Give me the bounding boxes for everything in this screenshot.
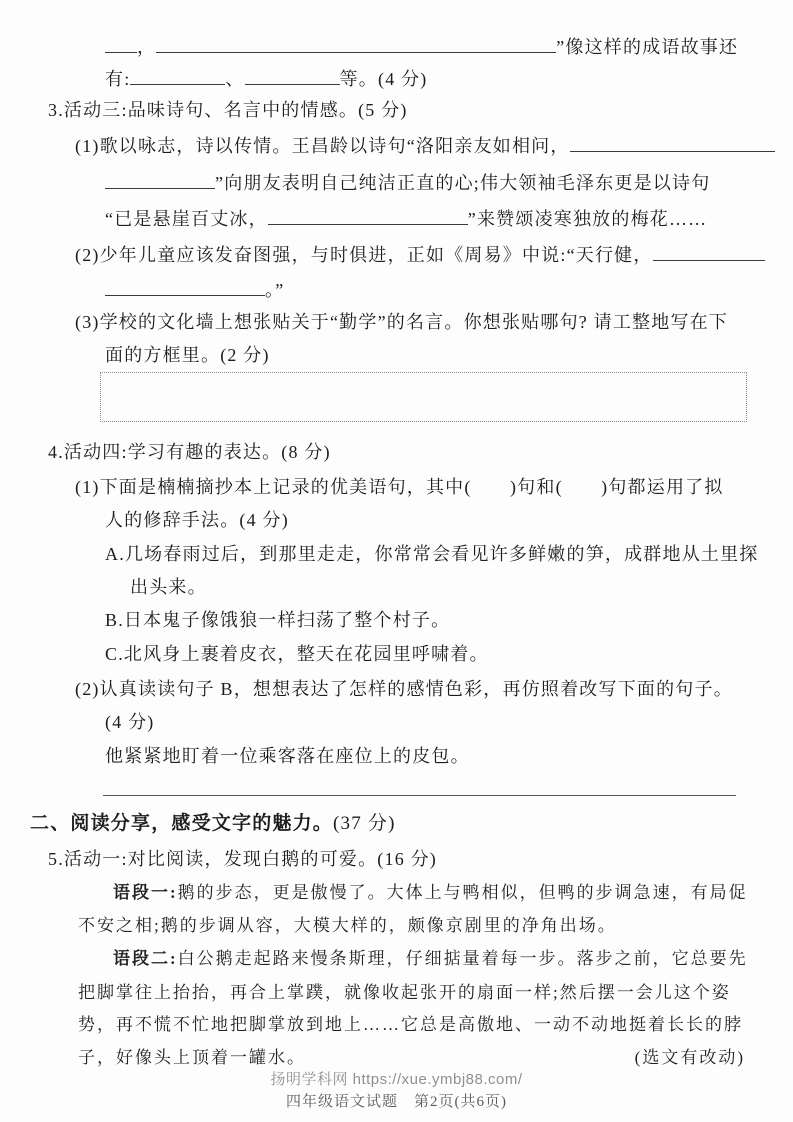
exam-line: 出头来。	[130, 575, 207, 599]
text-segment: 把脚掌往上抬抬，再合上掌蹼，就像收起张开的扇面一样;然后摆一会儿这个姿	[78, 983, 731, 1002]
text-segment: C.北风身上裹着皮衣，整天在花园里呼啸着。	[105, 644, 489, 664]
text-segment: (1)下面是楠楠摘抄本上记录的优美语句，其中( )句和( )句都运用了拟	[75, 477, 724, 497]
text-segment: 子，好像头上顶着一罐水。	[78, 1048, 306, 1067]
text-segment: B.日本鬼子像饿狼一样扫荡了整个村子。	[105, 610, 450, 630]
answer-blank	[268, 206, 468, 225]
text-segment: (3)学校的文化墙上想张贴关于“勤学”的名言。你想张贴哪句? 请工整地写在下	[75, 312, 728, 332]
text-segment: 人的修辞手法。(4 分)	[105, 510, 289, 530]
text-segment: ”来赞颂凌寒独放的梅花……	[468, 209, 708, 229]
exam-line: ，”像这样的成语故事还	[105, 34, 738, 59]
exam-line: 4.活动四:学习有趣的表达。(8 分)	[48, 440, 331, 464]
text-segment: 。”	[265, 280, 284, 300]
exam-line: “已是悬崖百丈冰，”来赞颂凌寒独放的梅花……	[105, 206, 707, 231]
exam-line: 他紧紧地盯着一位乘客落在座位上的皮包。	[105, 744, 470, 768]
exam-line: 3.活动三:品味诗句、名言中的情感。(5 分)	[48, 98, 408, 122]
exam-line: (2)认真读读句子 B，想想表达了怎样的感情色彩，再仿照着改写下面的句子。	[75, 677, 733, 701]
text-segment: ”像这样的成语故事还	[556, 37, 738, 57]
exam-line: (1)歌以咏志，诗以传情。王昌龄以诗句“洛阳亲友如相问，	[75, 133, 775, 158]
exam-line: 二、阅读分享，感受文字的魅力。(37 分)	[30, 812, 396, 836]
text-segment: ，	[137, 37, 156, 57]
exam-line: 有:、等。(4 分)	[105, 66, 428, 91]
text-segment: 语段二:	[113, 949, 178, 968]
answer-blank	[156, 34, 556, 53]
exam-line: A.几场春雨过后，到那里走走，你常常会看见许多鲜嫩的笋，成群地从土里探	[105, 542, 759, 566]
answer-blank	[570, 133, 775, 152]
text-segment: 等。(4 分)	[340, 69, 428, 89]
exam-page: ，”像这样的成语故事还有:、等。(4 分)3.活动三:品味诗句、名言中的情感。(…	[0, 0, 793, 1122]
answer-blank	[130, 66, 225, 85]
text-segment: 白公鹅走起路来慢条斯理，仔细掂量着每一步。落步之前，它总要先	[178, 949, 748, 968]
answer-blank	[105, 34, 137, 53]
answer-writing-box	[100, 372, 747, 422]
text-segment: 势，再不慌不忙地把脚掌放到地上……它总是高傲地、一动不动地挺着长长的脖	[78, 1015, 743, 1034]
text-segment: 、	[225, 69, 244, 89]
answer-blank	[105, 170, 215, 189]
text-segment: 不安之相;鹅的步调从容，大模大样的，颇像京剧里的净角出场。	[78, 916, 617, 935]
exam-line: (1)下面是楠楠摘抄本上记录的优美语句，其中( )句和( )句都运用了拟	[75, 475, 724, 499]
text-segment: ”向朋友表明自己纯洁正直的心;伟大领袖毛泽东更是以诗句	[215, 173, 710, 193]
text-segment: 4.活动四:学习有趣的表达。(8 分)	[48, 442, 331, 462]
exam-line: 语段一:鹅的步态，更是傲慢了。大体上与鸭相似，但鸭的步调急速，有局促	[113, 881, 748, 905]
exam-line: C.北风身上裹着皮衣，整天在花园里呼啸着。	[105, 642, 489, 666]
exam-line: 面的方框里。(2 分)	[105, 343, 270, 367]
text-segment: (1)歌以咏志，诗以传情。王昌龄以诗句“洛阳亲友如相问，	[75, 136, 570, 156]
exam-line: (2)少年儿童应该发奋图强，与时俱进，正如《周易》中说:“天行健，	[75, 242, 765, 267]
text-segment: (4 分)	[105, 712, 155, 732]
site-watermark: 扬明学科网 https://xue.ymbj88.com/	[0, 1068, 793, 1089]
text-segment: (2)认真读读句子 B，想想表达了怎样的感情色彩，再仿照着改写下面的句子。	[75, 679, 733, 699]
text-segment: 语段一:	[113, 883, 178, 902]
page-number-info: 四年级语文试题 第2页(共6页)	[0, 1090, 793, 1111]
page-footer: 扬明学科网 https://xue.ymbj88.com/ 四年级语文试题 第2…	[0, 1068, 793, 1111]
exam-line: 子，好像头上顶着一罐水。(选文有改动)	[78, 1046, 745, 1070]
exam-line: 人的修辞手法。(4 分)	[105, 508, 289, 532]
exam-line: 不安之相;鹅的步调从容，大模大样的，颇像京剧里的净角出场。	[78, 914, 617, 938]
text-segment: 鹅的步态，更是傲慢了。大体上与鸭相似，但鸭的步调急速，有局促	[178, 883, 748, 902]
text-segment: “已是悬崖百丈冰，	[105, 209, 268, 229]
answer-blank	[245, 66, 340, 85]
text-segment: 二、阅读分享，感受文字的魅力。	[30, 813, 333, 834]
text-segment: 有:	[105, 69, 130, 89]
answer-blank	[653, 242, 765, 261]
source-note: (选文有改动)	[635, 1046, 745, 1070]
exam-line: 。”	[105, 277, 284, 302]
exam-line: (3)学校的文化墙上想张贴关于“勤学”的名言。你想张贴哪句? 请工整地写在下	[75, 310, 728, 334]
exam-line: 把脚掌往上抬抬，再合上掌蹼，就像收起张开的扇面一样;然后摆一会儿这个姿	[78, 981, 731, 1005]
exam-line: 语段二:白公鹅走起路来慢条斯理，仔细掂量着每一步。落步之前，它总要先	[113, 947, 748, 971]
exam-line: B.日本鬼子像饿狼一样扫荡了整个村子。	[105, 608, 450, 632]
exam-line: ”向朋友表明自己纯洁正直的心;伟大领袖毛泽东更是以诗句	[105, 170, 710, 195]
text-segment: 3.活动三:品味诗句、名言中的情感。(5 分)	[48, 100, 408, 120]
text-segment: 他紧紧地盯着一位乘客落在座位上的皮包。	[105, 746, 470, 766]
text-segment: 5.活动一:对比阅读，发现白鹅的可爱。(16 分)	[48, 849, 437, 869]
answer-blank	[105, 277, 265, 296]
exam-line: (4 分)	[105, 710, 155, 734]
text-segment: (2)少年儿童应该发奋图强，与时俱进，正如《周易》中说:“天行健，	[75, 245, 653, 265]
text-segment: A.几场春雨过后，到那里走走，你常常会看见许多鲜嫩的笋，成群地从土里探	[105, 544, 759, 564]
exam-line: 势，再不慌不忙地把脚掌放到地上……它总是高傲地、一动不动地挺着长长的脖	[78, 1013, 743, 1037]
text-segment: 面的方框里。(2 分)	[105, 345, 270, 365]
exam-line: 5.活动一:对比阅读，发现白鹅的可爱。(16 分)	[48, 847, 437, 871]
text-segment: (37 分)	[333, 813, 396, 834]
text-segment: 出头来。	[130, 577, 207, 597]
answer-rule-line	[103, 795, 736, 796]
